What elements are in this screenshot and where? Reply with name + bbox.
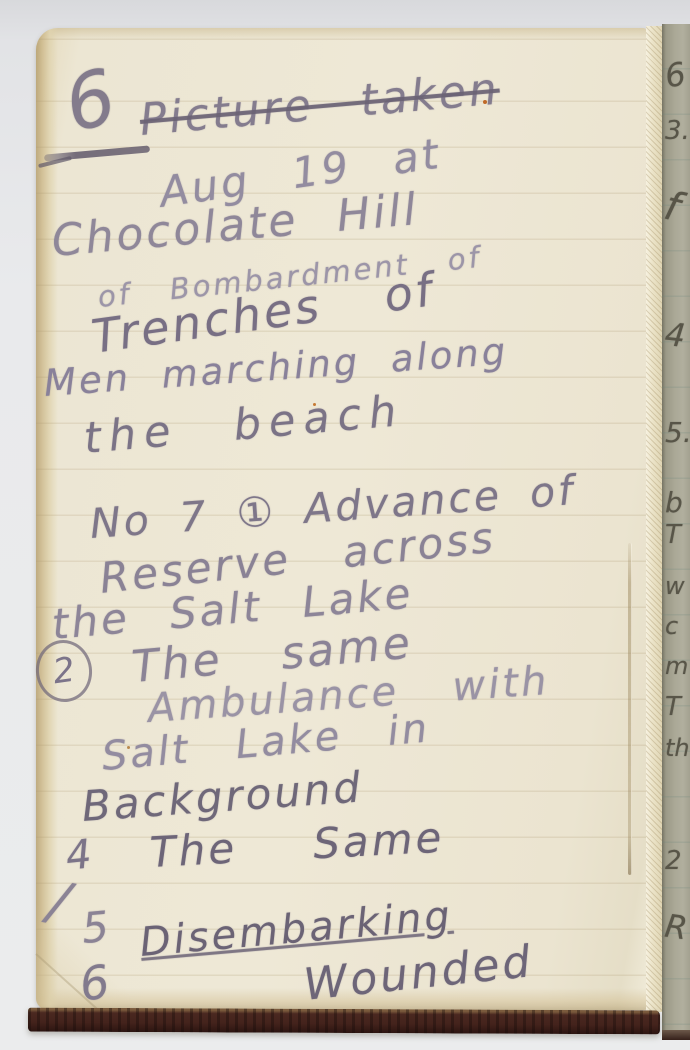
facing-fragment: c bbox=[665, 612, 678, 640]
facing-fragment: m bbox=[665, 652, 688, 680]
facing-page-edge: 6 3. f 4 5. b T w c m T th 2 R bbox=[662, 24, 690, 1040]
notebook-page: 6 Picture taken Aug 19 at Chocolate Hill… bbox=[36, 28, 648, 1010]
circled-item-2-label: 2 bbox=[50, 650, 77, 693]
facing-fragment: T bbox=[665, 520, 681, 550]
facing-fragment: 6 bbox=[662, 55, 689, 96]
item-5-marker: 5 bbox=[80, 902, 114, 953]
facing-fragment: 2 bbox=[665, 846, 682, 876]
facing-fragment: 5. bbox=[665, 416, 690, 449]
facing-cover-edge bbox=[662, 1030, 690, 1040]
facing-fragment: R bbox=[662, 907, 689, 948]
facing-fragment: th bbox=[665, 734, 690, 762]
vertical-crease bbox=[628, 543, 632, 875]
book-cover-edge bbox=[28, 1008, 660, 1035]
facing-fragment: 3. bbox=[665, 116, 690, 146]
facing-fragment: f bbox=[662, 183, 684, 231]
photo-backdrop: 6 Picture taken Aug 19 at Chocolate Hill… bbox=[0, 0, 690, 1050]
page-block-edge bbox=[646, 26, 662, 1012]
facing-fragment: T bbox=[665, 692, 681, 722]
facing-fragment: w bbox=[665, 572, 685, 600]
facing-fragment: b bbox=[665, 486, 683, 519]
facing-fragment: 4 bbox=[663, 315, 687, 355]
